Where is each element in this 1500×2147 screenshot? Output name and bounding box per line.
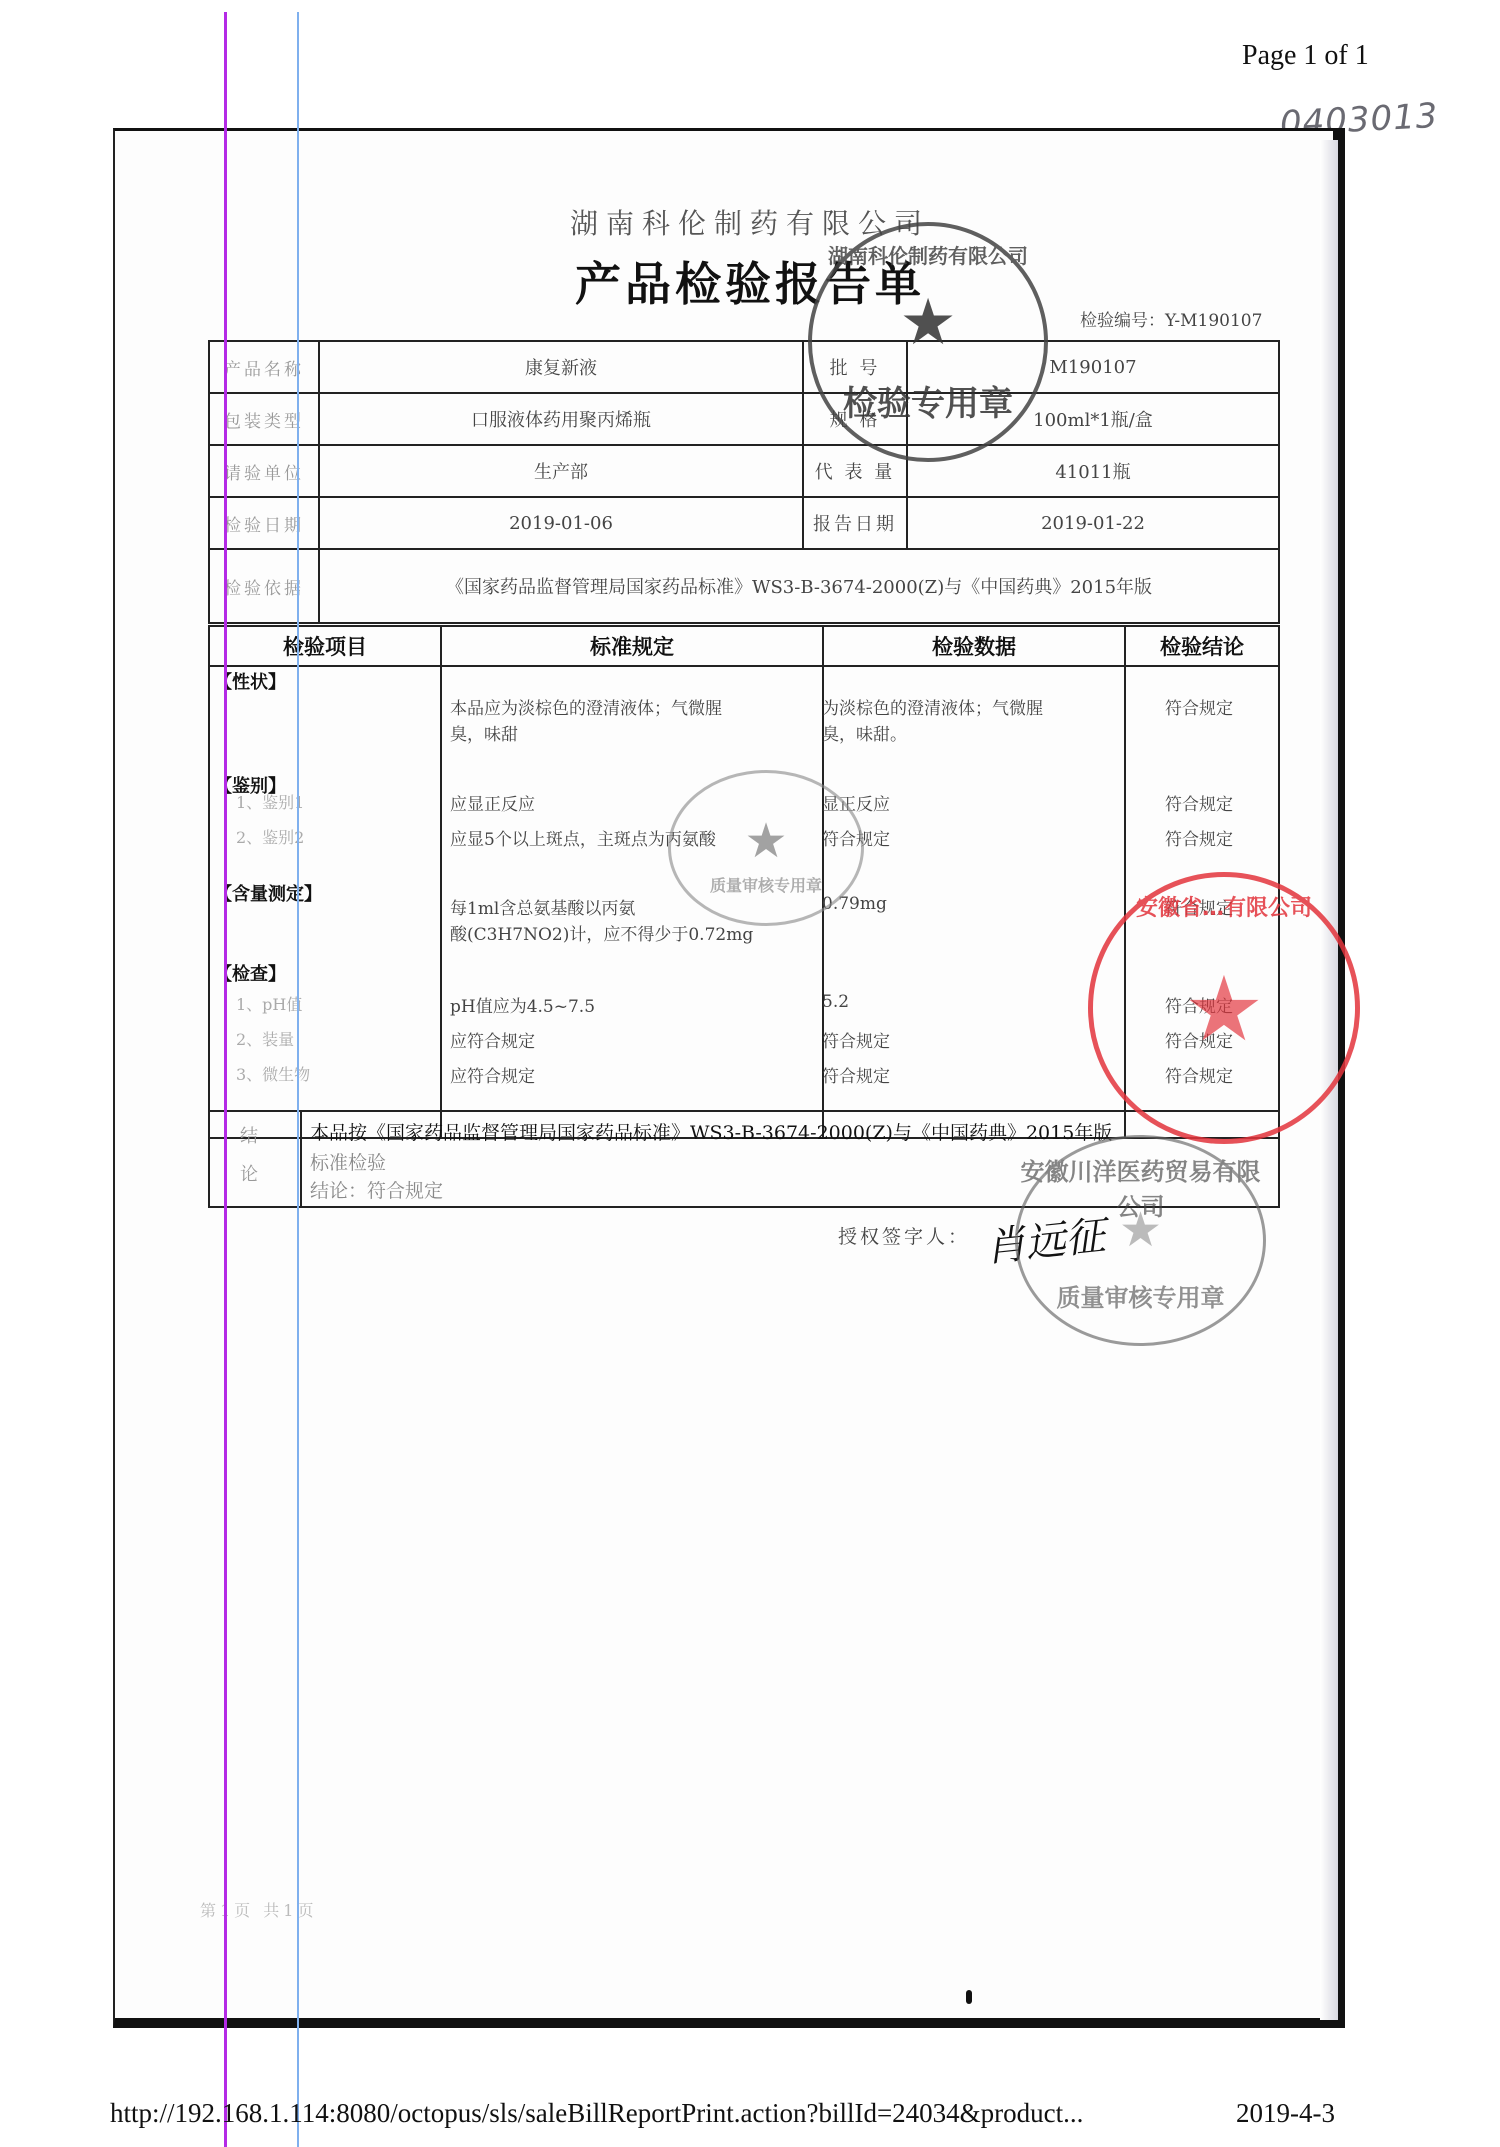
info-row: 检验日期 2019-01-06 报告日期 2019-01-22: [209, 497, 1279, 549]
report-number-value: Y-M190107: [1165, 311, 1262, 331]
header-data: 检验数据: [823, 626, 1125, 666]
star-icon: ★: [1184, 957, 1265, 1062]
result-standard: pH值应为4.5~7.5: [450, 992, 595, 1017]
result-data: 为淡棕色的澄清液体；气微腥: [822, 694, 1043, 719]
result-data: 5.2: [822, 992, 849, 1012]
info-row: 产品名称 康复新液 批 号 M190107: [209, 341, 1279, 393]
result-standard: 应显正反应: [450, 790, 535, 815]
header-item: 检验项目: [209, 626, 441, 666]
star-icon: ★: [899, 286, 956, 360]
manufacturer-inspection-stamp: 湖南科伦制药有限公司 ★ 检验专用章: [808, 222, 1048, 462]
inner-page-footer: 第1页 共1页: [200, 1898, 317, 1921]
conclusion-line-3: 结论：符合规定: [310, 1176, 443, 1203]
print-date: 2019-4-3: [1236, 2098, 1335, 2129]
star-icon: ★: [744, 813, 787, 869]
result-item: 【含量测定】: [214, 880, 322, 906]
report-number: 检验编号：Y-M190107: [1080, 306, 1262, 331]
conclusion-label-2: 论: [240, 1160, 258, 1186]
info-row-basis: 检验依据 《国家药品监督管理局国家药品标准》WS3-B-3674-2000(Z)…: [209, 549, 1279, 623]
result-item: 1、pH值: [236, 992, 302, 1015]
result-data: 符合规定: [822, 1062, 890, 1087]
result-standard: 本品应为淡棕色的澄清液体；气微腥: [450, 694, 722, 719]
result-standard: 应符合规定: [450, 1062, 535, 1087]
inspection-basis: 《国家药品监督管理局国家药品标准》WS3-B-3674-2000(Z)与《中国药…: [319, 549, 1279, 623]
stamp-text: 安徽省…有限公司: [1093, 891, 1355, 922]
result-data: 臭，味甜。: [822, 720, 907, 745]
result-standard: 臭，味甜: [450, 720, 518, 745]
page-indicator: Page 1 of 1: [1242, 40, 1369, 72]
result-item: 3、微生物: [236, 1062, 310, 1085]
result-conclusion: 符合规定: [1165, 825, 1233, 850]
submitting-unit: 生产部: [319, 445, 803, 497]
report-date: 2019-01-22: [907, 497, 1279, 549]
result-data: 符合规定: [822, 1027, 890, 1052]
ink-mark: [966, 1990, 972, 2004]
distributor-quality-stamp: 安徽川洋医药贸易有限公司 ★ 质量审核专用章: [1015, 1135, 1266, 1346]
result-standard: 酸(C3H7NO2)计，应不得少于0.72mg: [450, 920, 753, 945]
conclusion-line-1: 本品按《国家药品监督管理局国家药品标准》WS3-B-3674-2000(Z)与《…: [310, 1118, 1112, 1145]
info-table: 产品名称 康复新液 批 号 M190107 包装类型 口服液体药用聚丙烯瓶 规 …: [208, 340, 1280, 624]
report-number-label: 检验编号：: [1080, 311, 1165, 331]
report-date-label: 报告日期: [803, 497, 907, 549]
product-name: 康复新液: [319, 341, 803, 393]
info-row: 包装类型 口服液体药用聚丙烯瓶 规 格 100ml*1瓶/盒: [209, 393, 1279, 445]
inspection-date: 2019-01-06: [319, 497, 803, 549]
authorized-signer-label: 授权签字人：: [838, 1222, 970, 1249]
stamp-text: 检验专用章: [812, 376, 1044, 425]
stamp-text: 质量审核专用章: [1018, 1278, 1263, 1313]
guide-line-blue: [297, 12, 299, 2147]
stamp-text: 质量审核专用章: [671, 873, 861, 896]
result-conclusion: 符合规定: [1165, 694, 1233, 719]
result-standard: 应符合规定: [450, 1027, 535, 1052]
info-row: 请验单位 生产部 代 表 量 41011瓶: [209, 445, 1279, 497]
result-item: 2、装量: [236, 1027, 294, 1050]
star-icon: ★: [1119, 1202, 1162, 1258]
result-conclusion: 符合规定: [1165, 790, 1233, 815]
header-result: 检验结论: [1125, 626, 1279, 666]
stamp-top-text: 湖南科伦制药有限公司: [812, 240, 1044, 269]
red-company-stamp: ★ 安徽省…有限公司: [1088, 872, 1360, 1144]
result-item: 2、鉴别2: [236, 825, 304, 848]
results-header-row: 检验项目 标准规定 检验数据 检验结论: [209, 626, 1279, 666]
print-url: http://192.168.1.114:8080/octopus/sls/sa…: [110, 2098, 1083, 2129]
result-item: 1、鉴别1: [236, 790, 304, 813]
conclusion-line-2: 标准检验: [310, 1148, 386, 1175]
packaging: 口服液体药用聚丙烯瓶: [319, 393, 803, 445]
distributor-quality-stamp-faint: ★ 质量审核专用章: [668, 770, 864, 926]
conclusion-label-1: 结: [240, 1122, 258, 1148]
guide-line-magenta: [224, 12, 227, 2147]
header-standard: 标准规定: [441, 626, 823, 666]
result-standard: 每1ml含总氨基酸以丙氨: [450, 894, 635, 919]
